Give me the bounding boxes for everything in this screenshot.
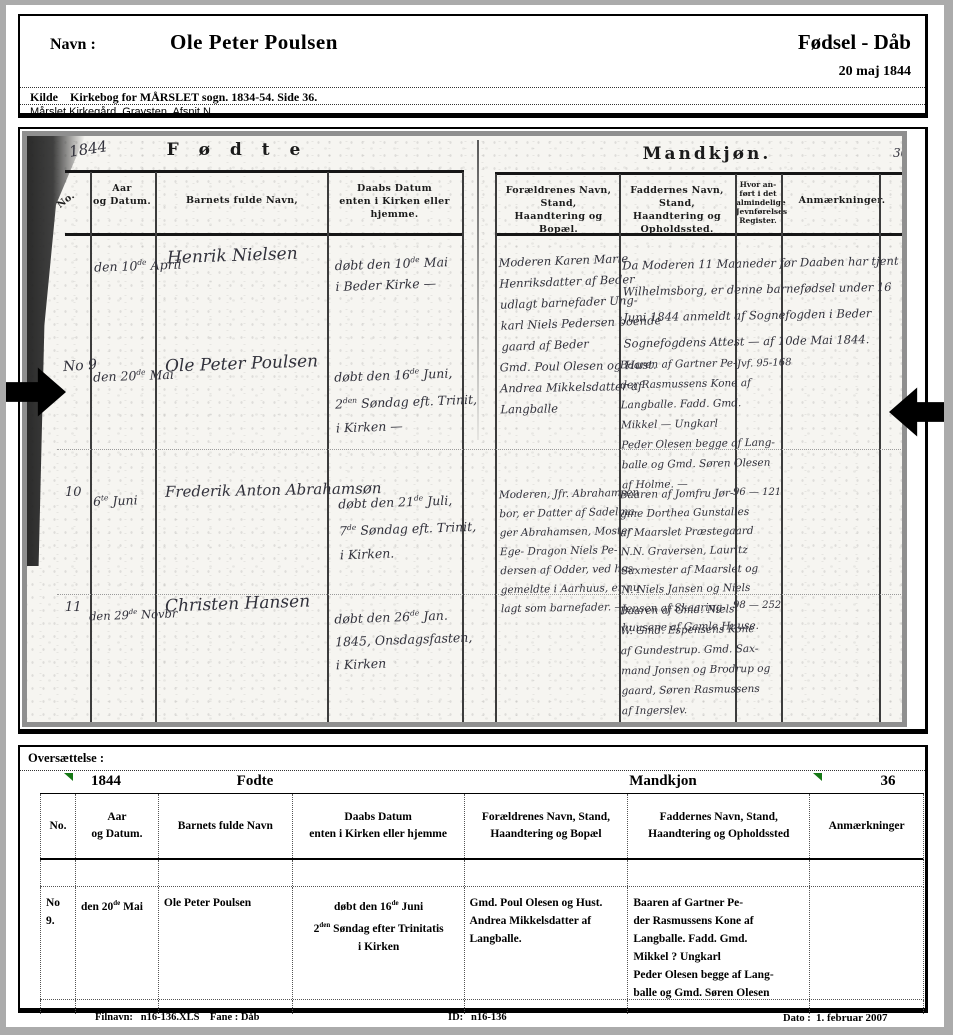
cell-date: den 20de Mai <box>75 887 158 999</box>
window-frame-right <box>944 0 953 1035</box>
cell-baptism: døbt den 16de Juni2den Søndag efter Trin… <box>292 887 464 999</box>
band-page-number: 36 <box>881 773 896 790</box>
entry-baptism: døbt den 21de Juli,7de Søndag eft. Trini… <box>338 485 478 568</box>
entry-name: Ole Peter Poulsen <box>165 351 319 376</box>
cell-remarks <box>809 887 923 999</box>
scan-title-right: Mandkjøn. <box>582 144 832 164</box>
source-line: Kilde Kirkebog for MÅRSLET sogn. 1834-54… <box>30 90 317 105</box>
source-line-2: Mårslet Kirkegård. Gravsten. Afsnit N. <box>30 106 214 118</box>
entry-register-ref: 98 — 252 <box>733 600 781 611</box>
footer-id: ID: n16-136 <box>448 1012 507 1023</box>
table-header-row: No. Aarog Datum. Barnets fulde Navn Daab… <box>40 794 924 860</box>
translation-box: Oversættelse : 1844 Fodte Mandkjon 36 No… <box>18 745 928 1013</box>
divider <box>20 104 925 105</box>
cell-name: Ole Peter Poulsen <box>158 887 292 999</box>
scan-page-number: 36 <box>893 146 907 160</box>
grid-line <box>495 174 497 722</box>
entry-no: 11 <box>65 600 82 615</box>
entry-sponsors: Da Moderen 11 Maaneder før Daaben har tj… <box>622 247 907 356</box>
col-header-sponsors: Faddernes Navn, Stand,Haandtering og Oph… <box>621 184 733 236</box>
cell-marker-icon <box>64 773 73 781</box>
translation-label: Oversættelse : <box>28 751 104 766</box>
rule <box>65 170 464 173</box>
translation-table: No. Aarog Datum. Barnets fulde Navn Daab… <box>40 793 924 1014</box>
entry-baptism: døbt den 10de Maii Beder Kirke — <box>334 248 449 297</box>
rule <box>495 172 907 175</box>
window-frame-top <box>0 0 953 5</box>
entry-baptism: døbt den 26de Jan.1845, Onsdagsfasten,i … <box>334 600 474 677</box>
name-label: Navn : <box>50 36 96 54</box>
grid-line <box>327 172 329 722</box>
scan-title-left: F ø d t e <box>117 140 357 160</box>
col-header-baptism: Daabs Datumenten i Kirken eller hjemme. <box>329 182 460 221</box>
header-name: Barnets fulde Navn <box>158 794 292 858</box>
band-right-title: Mandkjon <box>629 773 697 790</box>
entry-sponsors: Baaren af Gmd. NielsW. Gmd. Espensens Ko… <box>620 599 771 722</box>
scan-box: 1844 F ø d t e Mandkjøn. 36 No. Aarog Da… <box>18 127 928 734</box>
header-date: Aarog Datum. <box>75 794 158 858</box>
event-title: Fødsel - Dåb <box>798 30 911 55</box>
header-box: Navn : Ole Peter Poulsen Fødsel - Dåb 20… <box>18 14 928 118</box>
window-frame-bottom <box>0 1027 953 1035</box>
col-header-date: Aarog Datum. <box>91 182 153 208</box>
footer-date-value: 1. februar 2007 <box>816 1012 888 1024</box>
col-header-remarks: Anmærkninger. <box>792 194 892 207</box>
header-no: No. <box>40 794 75 858</box>
cell-marker-icon <box>813 773 822 781</box>
translation-band: 1844 Fodte Mandkjon 36 <box>20 770 925 794</box>
header-remarks: Anmærkninger <box>809 794 923 858</box>
table-data-row: No 9. den 20de Mai Ole Peter Poulsen døb… <box>40 887 924 1000</box>
col-header-parents: Forældrenes Navn, Stand,Haandtering og B… <box>501 184 616 236</box>
person-name: Ole Peter Poulsen <box>170 30 338 55</box>
rule <box>65 233 464 236</box>
entry-name: Henrik Nielsen <box>167 244 298 269</box>
page: { "colors": {"marker_green":"#157815","a… <box>0 0 953 1035</box>
header-baptism: Daabs Datumenten i Kirken eller hjemme <box>292 794 464 858</box>
book-fold <box>477 140 479 440</box>
entry-register-ref: 96 — 121 <box>733 487 781 498</box>
entry-baptism: døbt den 16de Juni,2den Søndag eft. Trin… <box>334 358 479 441</box>
row-separator <box>57 449 907 450</box>
entry-register-ref: Jvf. 95-168 <box>737 357 792 370</box>
col-header-name: Barnets fulde Navn, <box>162 194 322 207</box>
entry-no: 10 <box>65 485 82 500</box>
entry-date: den 20de Mai <box>93 361 175 388</box>
col-header-register: Hvor an-ført i detalmindeligeJevnførelse… <box>736 180 780 225</box>
band-left-title: Fodte <box>237 773 274 790</box>
grid-line <box>90 172 92 722</box>
entry-date: 6te Juni <box>93 486 138 512</box>
footer-filename: Filnavn: n16-136.XLS Fane : Dåb <box>95 1012 260 1023</box>
footer-date: Dato : 1. februar 2007 <box>783 1012 888 1024</box>
footer-date-label: Dato : <box>783 1013 816 1024</box>
cell-sponsors: Baaren af Gartner Pe-der Rasmussens Kone… <box>627 887 809 999</box>
parish-register-scan: 1844 F ø d t e Mandkjøn. 36 No. Aarog Da… <box>22 131 907 727</box>
window-frame-left <box>0 0 6 1035</box>
entry-name: Christen Hansen <box>165 591 311 616</box>
header-sponsors: Faddernes Navn, Stand,Haandtering og Oph… <box>627 794 809 858</box>
header-parents: Forældrenes Navn, Stand,Haandtering og B… <box>464 794 628 858</box>
cell-no: No 9. <box>40 887 75 999</box>
band-year: 1844 <box>91 773 121 790</box>
empty-row <box>40 860 924 887</box>
divider <box>20 87 925 88</box>
entry-sponsors: Baaren af Gartner Pe-der Rasmussens Kone… <box>620 353 776 496</box>
cell-parents: Gmd. Poul Olesen og Hust.Andrea Mikkelsd… <box>464 887 628 999</box>
event-date: 20 maj 1844 <box>839 64 911 80</box>
